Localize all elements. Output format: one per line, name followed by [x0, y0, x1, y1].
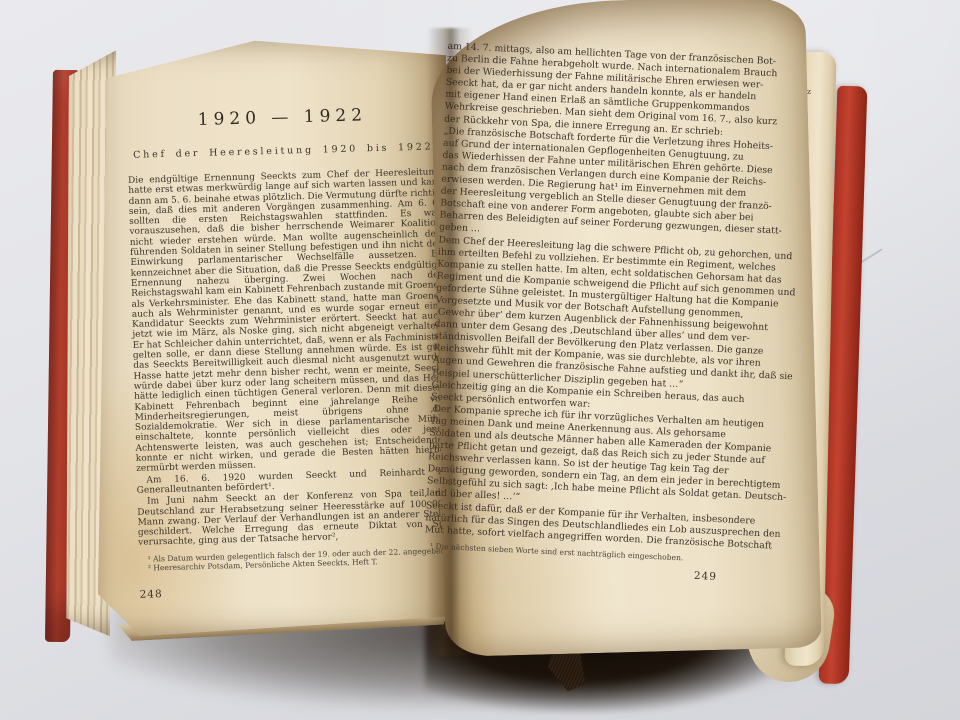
footnote-block: ¹ Als Datum wurden gelegentlich falsch d… — [139, 546, 451, 574]
chapter-year-heading: 1920 — 1922 — [126, 103, 438, 132]
body-paragraph: Die endgültige Ernennung Seeckts zum Che… — [128, 167, 448, 474]
right-page-lines: am 14. 7. mittags, also am hellichten Ta… — [425, 41, 800, 553]
page-number-left: 248 — [139, 580, 451, 601]
right-page: am 14. 7. mittags, also am hellichten Ta… — [429, 0, 822, 657]
right-page-text: am 14. 7. mittags, also am hellichten Ta… — [423, 41, 800, 586]
book-photo: etzinchis-heartelenigldtridl-germttwur-n… — [0, 0, 960, 720]
body-paragraph: Im Juni nahm Seeckt an der Konferenz von… — [137, 488, 450, 548]
left-page-text: 1920 — 1922 Chef der Heeresleitung 1920 … — [126, 97, 452, 600]
left-page: 1920 — 1922 Chef der Heeresleitung 1920 … — [98, 36, 446, 636]
chapter-subheading: Chef der Heeresleitung 1920 bis 1922 — [127, 141, 439, 161]
